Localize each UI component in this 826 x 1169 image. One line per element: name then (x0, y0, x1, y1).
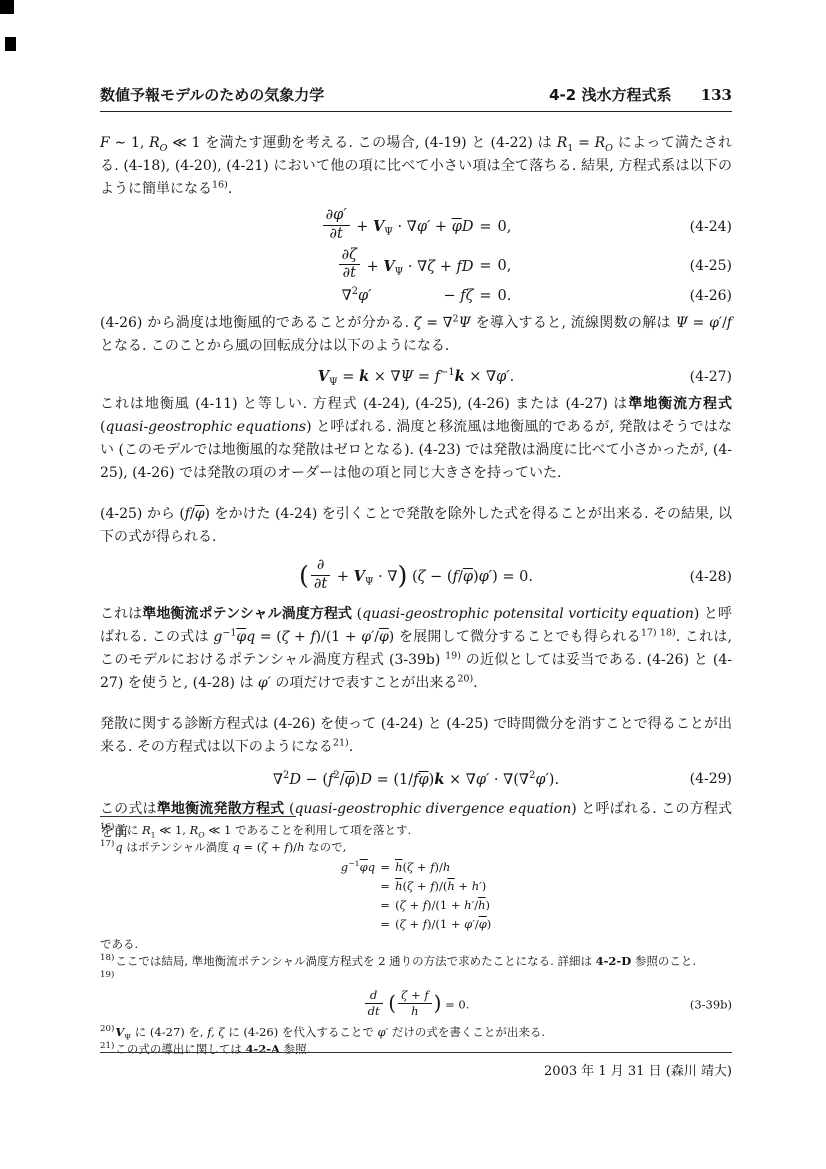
equation-3-39b-math: ddt (ζ + fh) = 0. (363, 991, 470, 1020)
equation-4-29: ∇2D − (f2/φ)D = (1/fφ)k × ∇φ′ · ∇(∇2φ′).… (100, 771, 732, 788)
paragraph-diagnostic: 発散に関する診断方程式は (4-26) を使って (4-24) と (4-25)… (100, 713, 732, 759)
equation-4-24-rel: = (479, 219, 491, 235)
paragraph-vorticity: (4-26) から渦度は地衡風的であることが分かる. ζ = ∇2Ψ を導入する… (100, 312, 732, 358)
paragraph-intro: F ∼ 1, RO ≪ 1 を満たす運動を考える. この場合, (4-19) と… (100, 132, 732, 201)
equation-number-4-26: (4-26) (690, 288, 732, 304)
footer-date-author: 2003 年 1 月 31 日 (森川 靖大) (544, 1064, 732, 1079)
equation-4-27-math: VΨ = k × ∇Ψ = f−1k × ∇φ′. (318, 368, 514, 385)
footnote-19: 19) (100, 970, 732, 987)
fn17-eq-rhs: (ζ + f)/(1 + h′/h) (395, 897, 490, 914)
equation-4-28-math: (∂∂t + VΨ · ∇) (ζ − (f/φ)φ′) = 0. (299, 559, 533, 595)
scan-artifact (0, 0, 14, 14)
equation-group-4-24-26: ∂φ′∂t + VΨ · ∇φ′ + φD = 0, (4-24) ∂ζ∂t +… (100, 209, 732, 304)
fn17-eq-rhs: (ζ + f)/(1 + φ′/φ) (395, 916, 491, 933)
fn17-eq-rel: = (380, 897, 390, 914)
equation-4-25-rhs: 0, (497, 258, 511, 274)
footnote-text: q はポテンシャル渦度 q = (ζ + f)/h なので, (115, 840, 346, 854)
equation-number-4-24: (4-24) (690, 219, 732, 235)
equation-4-24-rhs: 0, (497, 219, 511, 235)
footnote-marker: 20) (100, 1024, 114, 1034)
equation-number-3-39b: (3-39b) (690, 997, 732, 1014)
equation-4-28: (∂∂t + VΨ · ∇) (ζ − (f/φ)φ′) = 0. (4-28) (100, 559, 732, 595)
page-header: 数値予報モデルのための気象力学 4-2 浅水方程式系 133 (100, 84, 732, 112)
fn17-eq-lhs: g−1φq (341, 859, 375, 876)
scan-artifact (5, 37, 16, 51)
paragraph-divergence-removal: (4-25) から (f/φ) をかけた (4-24) を引くことで発散を除外し… (100, 503, 732, 549)
fn17-eq-rel: = (380, 878, 390, 895)
equation-4-26-lhs: ∇2φ′− fζ (342, 288, 474, 304)
equation-4-24-lhs: ∂φ′∂t + VΨ · ∇φ′ + φD (321, 209, 474, 245)
footnote-marker: 21) (100, 1041, 114, 1051)
footnote-17: 17)q はポテンシャル渦度 q = (ζ + f)/h なので, (100, 839, 732, 856)
footnote-17-equations: g−1φq = h(ζ + f)/h = h(ζ + f)/(h + h′) =… (100, 859, 732, 933)
section-title: 4-2 浅水方程式系 (549, 86, 671, 104)
page-number: 133 (701, 86, 732, 104)
section-header: 4-2 浅水方程式系 133 (549, 84, 732, 105)
footnote-text: VΨ に (4-27) を, f, ζ に (4-26) を代入することで φ′… (115, 1025, 545, 1039)
equation-4-25-rel: = (479, 258, 491, 274)
fn17-eq-rhs: h(ζ + f)/h (395, 859, 450, 876)
fn17-eq-rel: = (380, 859, 390, 876)
page-footer: 2003 年 1 月 31 日 (森川 靖大) (100, 1052, 732, 1079)
paragraph-potential-vorticity: これは準地衡流ポテンシャル渦度方程式 (quasi-geostrophic po… (100, 603, 732, 695)
footnote-marker: 18) (100, 953, 114, 963)
equation-number-4-28: (4-28) (690, 569, 732, 585)
footnote-marker: 19) (100, 970, 114, 980)
equation-number-4-27: (4-27) (690, 369, 732, 385)
footnote-text: 主に R1 ≪ 1, RO ≪ 1 であることを利用して項を落とす. (115, 823, 411, 837)
equation-number-4-29: (4-29) (690, 771, 732, 787)
footnote-17-continuation: である. (100, 936, 732, 953)
fn17-eq-rel: = (380, 916, 390, 933)
equation-3-39b: ddt (ζ + fh) = 0. (3-39b) (100, 991, 732, 1020)
footnote-text: ここでは結局, 準地衡流ポテンシャル渦度方程式を 2 通りの方法で求めたことにな… (115, 954, 696, 968)
footnote-18: 18)ここでは結局, 準地衡流ポテンシャル渦度方程式を 2 通りの方法で求めたこ… (100, 953, 732, 970)
footnote-marker: 17) (100, 839, 114, 849)
fn17-eq-rhs: h(ζ + f)/(h + h′) (395, 878, 486, 895)
footnote-16: 16)主に R1 ≪ 1, RO ≪ 1 であることを利用して項を落とす. (100, 822, 732, 839)
page-body: 数値予報モデルのための気象力学 4-2 浅水方程式系 133 F ∼ 1, RO… (100, 84, 732, 844)
footnote-rule (100, 816, 296, 817)
equation-4-26-rel: = (479, 288, 491, 304)
equation-4-25-lhs: ∂ζ∂t + VΨ · ∇ζ + fD (337, 249, 474, 285)
equation-4-27: VΨ = k × ∇Ψ = f−1k × ∇φ′. (4-27) (100, 368, 732, 385)
equation-4-26-rhs: 0. (497, 288, 511, 304)
document-page: 数値予報モデルのための気象力学 4-2 浅水方程式系 133 F ∼ 1, RO… (0, 0, 826, 1169)
equation-4-29-math: ∇2D − (f2/φ)D = (1/fφ)k × ∇φ′ · ∇(∇2φ′). (273, 771, 559, 788)
paragraph-quasi-geostrophic: これは地衡風 (4-11) と等しい. 方程式 (4-24), (4-25), … (100, 393, 732, 485)
equation-number-4-25: (4-25) (690, 258, 732, 274)
book-title: 数値予報モデルのための気象力学 (100, 84, 324, 105)
footnote-20: 20)VΨ に (4-27) を, f, ζ に (4-26) を代入することで… (100, 1024, 732, 1041)
footnote-block: 16)主に R1 ≪ 1, RO ≪ 1 であることを利用して項を落とす. 17… (100, 816, 732, 1058)
footnote-marker: 16) (100, 822, 114, 832)
